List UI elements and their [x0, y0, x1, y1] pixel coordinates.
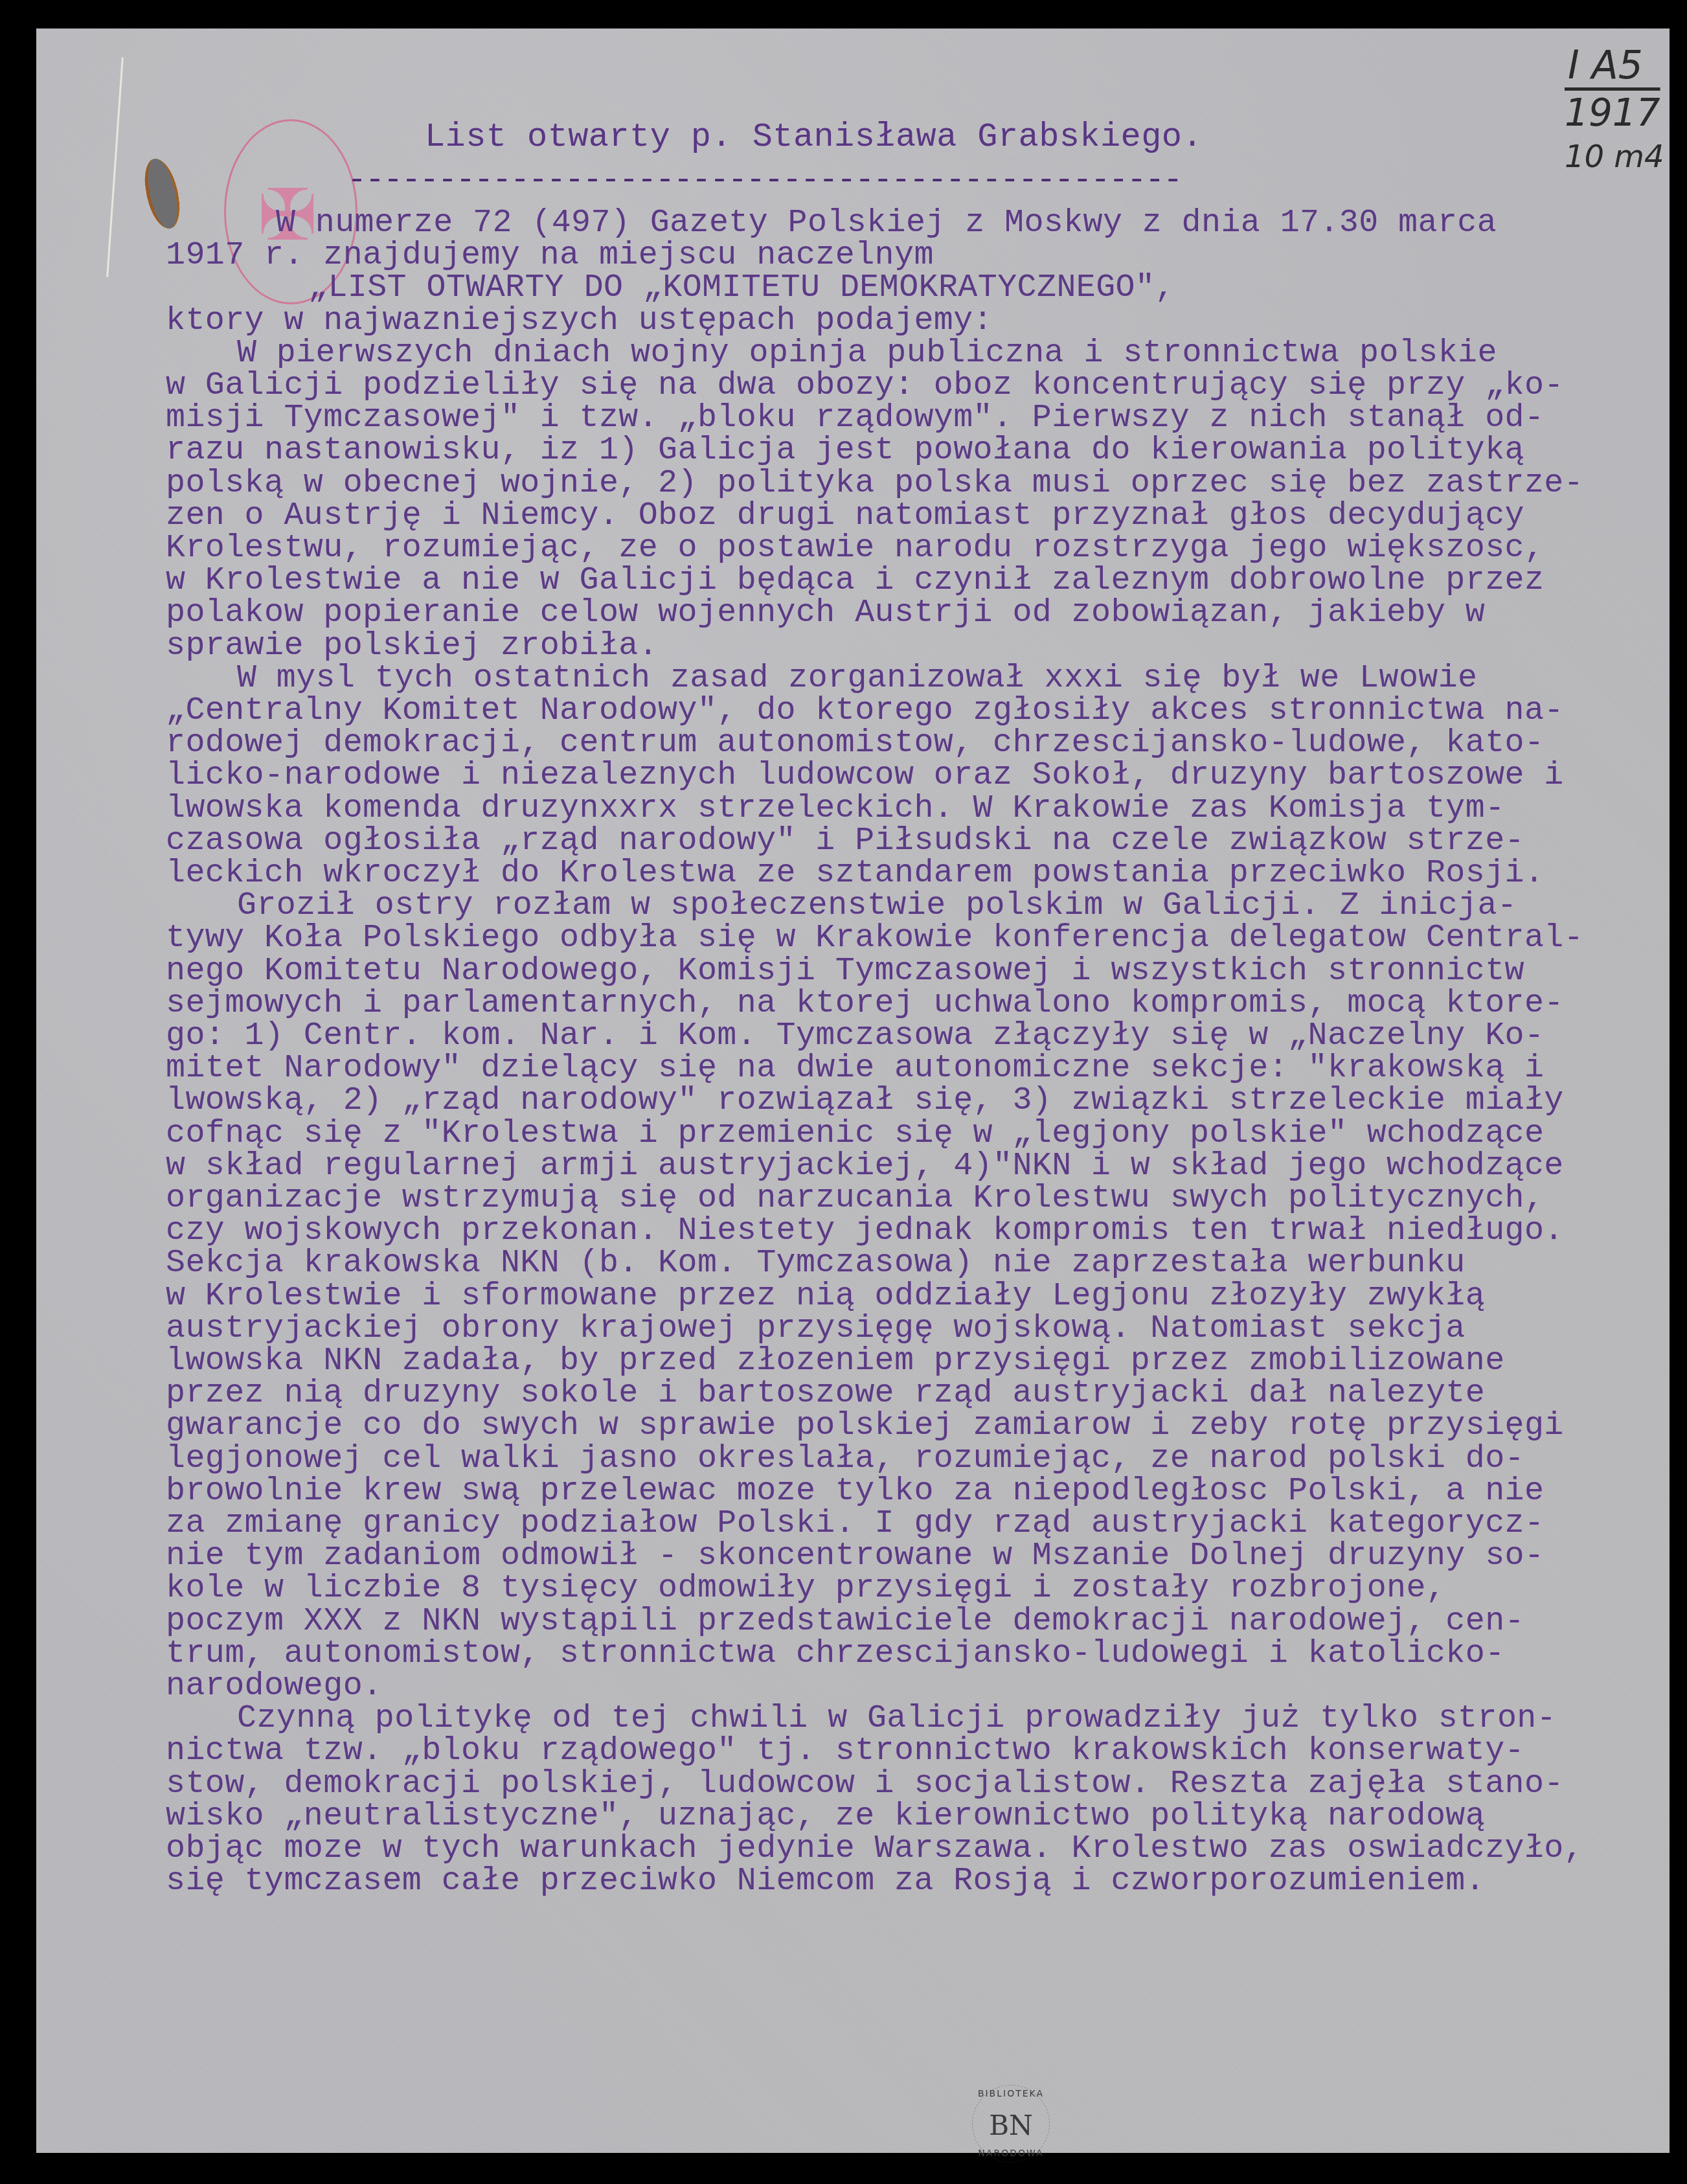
text-line: „LIST OTWARTY DO „KOMITETU DEMOKRATYCZNE… — [308, 269, 1175, 306]
text-line: legjonowej cel walki jasno okreslała, ro… — [166, 1440, 1524, 1477]
text-line: polakow popieranie celow wojennych Austr… — [166, 595, 1485, 631]
text-line: tywy Koła Polskiego odbyła się w Krakowi… — [166, 920, 1583, 957]
text-line: kole w liczbie 8 tysięcy odmowiły przysi… — [166, 1570, 1445, 1607]
handwritten-year: 1917 — [1565, 91, 1660, 135]
text-line: sejmowych i parlamentarnych, na ktorej u… — [166, 985, 1564, 1022]
library-stamp: BIBLIOTEKA BN NARODOWA — [972, 2085, 1050, 2163]
text-line: austryjackiej obrony krajowej przysięgę … — [166, 1310, 1466, 1347]
text-line: lwowską, 2) „rząd narodowy" rozwiązał si… — [166, 1082, 1564, 1119]
text-line: nie tym zadaniom odmowił - skoncentrowan… — [166, 1538, 1544, 1575]
text-line: „Centralny Komitet Narodowy", do ktorego… — [166, 692, 1564, 729]
text-line: Groził ostry rozłam w społeczenstwie pol… — [237, 887, 1517, 924]
text-line: lwowska komenda druzynxxrx strzeleckich.… — [166, 790, 1505, 827]
text-line: czy wojskowych przekonan. Niestety jedna… — [166, 1212, 1564, 1249]
text-line: cofnąc się z "Krolestwa i przemienic się… — [166, 1115, 1544, 1152]
text-line: rodowej demokracji, centrum autonomistow… — [166, 725, 1544, 762]
text-line: Krolestwu, rozumiejąc, ze o postawie nar… — [166, 530, 1544, 567]
document-page: ✠ I A5 1917 10 m4 List otwarty p. Stanis… — [36, 28, 1670, 2153]
text-line: przez nią druzyny sokole i bartoszowe rz… — [166, 1375, 1485, 1412]
library-stamp-logo: BN — [972, 2110, 1050, 2141]
text-line: mitet Narodowy" dzielący się na dwie aut… — [166, 1050, 1544, 1087]
typed-text: List otwarty p. Stanisława Grabskiego. -… — [36, 28, 115, 176]
text-line: sprawie polskiej zrobiła. — [166, 628, 658, 665]
text-line: go: 1) Centr. kom. Nar. i Kom. Tymczasow… — [166, 1018, 1544, 1054]
text-line: zen o Austrję i Niemcy. Oboz drugi natom… — [166, 497, 1524, 534]
text-line: razu nastanowisku, iz 1) Galicja jest po… — [166, 432, 1524, 469]
text-line: polską w obecnej wojnie, 2) polityka pol… — [166, 465, 1583, 502]
text-line: gwarancje co do swych w sprawie polskiej… — [166, 1407, 1564, 1444]
text-line: w Krolestwie i sformowane przez nią oddz… — [166, 1278, 1485, 1315]
text-line: narodowego. — [166, 1668, 382, 1705]
library-stamp-bottom: NARODOWA — [972, 2148, 1050, 2159]
handwritten-note: 10 m4 — [1565, 139, 1664, 175]
text-line: W mysl tych ostatnich zasad zorganizował… — [237, 660, 1478, 697]
text-line: licko-narodowe i niezaleznych ludowcow o… — [166, 757, 1564, 794]
text-line: W numerze 72 (497) Gazety Polskiej z Mos… — [276, 205, 1497, 242]
handwritten-signature-code: I A5 — [1568, 43, 1643, 88]
text-line: W pierwszych dniach wojny opinja publicz… — [237, 335, 1497, 372]
document-title: List otwarty p. Stanisława Grabskiego. — [425, 118, 1203, 156]
text-line: w Krolestwie a nie w Galicji będąca i cz… — [166, 562, 1544, 599]
text-line: 1917 r. znajdujemy na miejscu naczelnym — [166, 237, 934, 274]
text-line: Czynną politykę od tej chwili w Galicji … — [237, 1700, 1556, 1737]
text-line: ktory w najwazniejszych ustępach podajem… — [166, 302, 993, 339]
text-line: organizacje wstrzymują się od narzucania… — [166, 1180, 1544, 1217]
text-line: czasowa ogłosiła „rząd narodowy" i Piłsu… — [166, 823, 1524, 859]
text-line: browolnie krew swą przelewac moze tylko … — [166, 1473, 1544, 1510]
text-line: stow, demokracji polskiej, ludowcow i so… — [166, 1766, 1564, 1803]
text-line: Sekcja krakowska NKN (b. Kom. Tymczasowa… — [166, 1245, 1466, 1282]
title-rule: ----------------------------------------… — [347, 162, 1181, 199]
library-stamp-top: BIBLIOTEKA — [972, 2089, 1050, 2099]
text-line: trum, autonomistow, stronnictwa chrzesci… — [166, 1635, 1505, 1672]
text-line: misji Tymczasowej" i tzw. „bloku rządowy… — [166, 400, 1544, 437]
text-line: się tymczasem całe przeciwko Niemcom za … — [166, 1863, 1485, 1900]
text-line: nego Komitetu Narodowego, Komisji Tymcza… — [166, 953, 1524, 990]
text-line: nictwa tzw. „bloku rządowego" tj. stronn… — [166, 1733, 1524, 1769]
text-line: leckich wkroczył do Krolestwa ze sztanda… — [166, 855, 1544, 892]
text-line: objąc moze w tych warunkach jedynie Wars… — [166, 1830, 1583, 1867]
text-line: w skład regularnej armji austryjackiej, … — [166, 1148, 1564, 1185]
text-line: za zmianę granicy podziałow Polski. I gd… — [166, 1505, 1544, 1542]
paper-tear — [142, 156, 183, 231]
text-line: wisko „neutralistyczne", uznając, ze kie… — [166, 1798, 1485, 1835]
text-line: lwowska NKN zadała, by przed złozeniem p… — [166, 1343, 1505, 1380]
text-line: w Galicji podzieliły się na dwa obozy: o… — [166, 367, 1564, 404]
text-line: poczym XXX z NKN wystąpili przedstawicie… — [166, 1603, 1524, 1640]
